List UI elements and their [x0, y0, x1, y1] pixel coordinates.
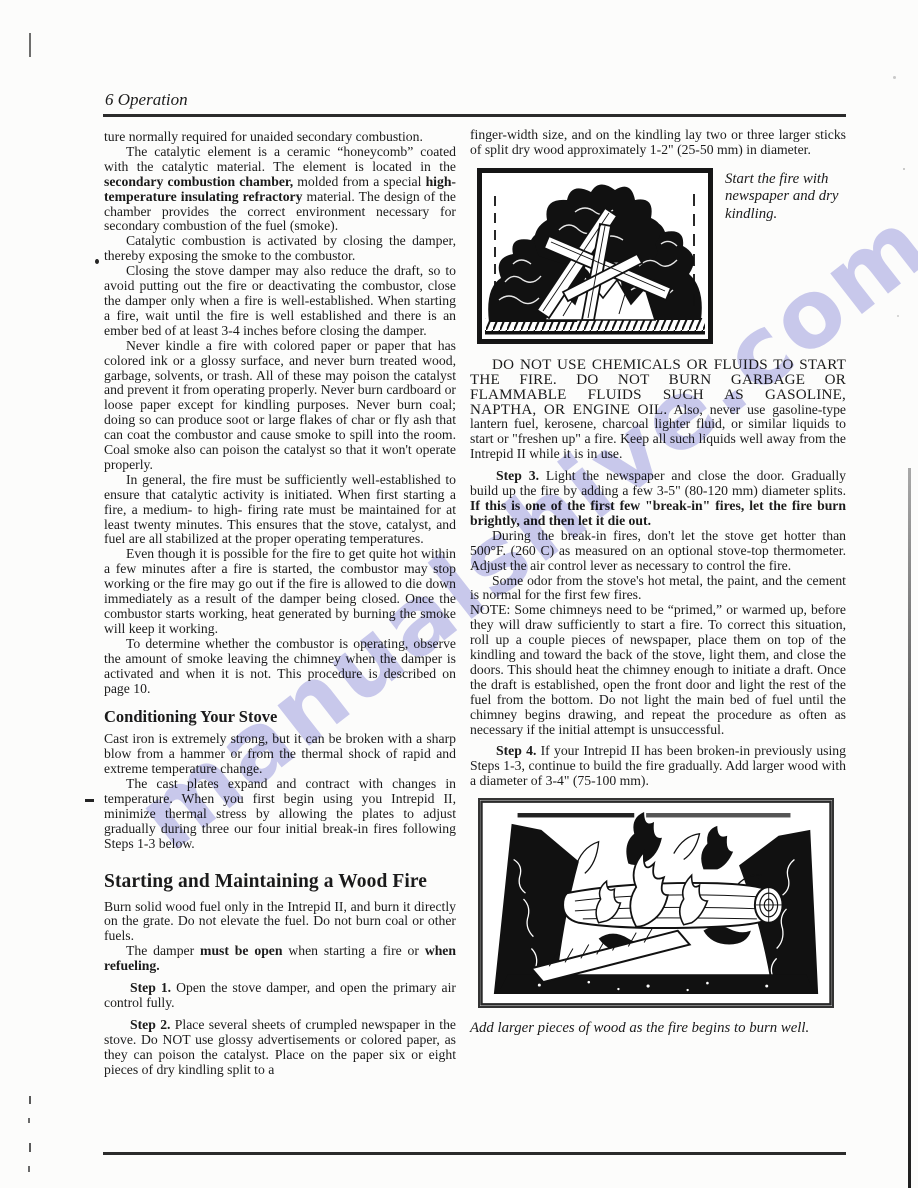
scan-artifact: [908, 468, 911, 1188]
footer-rule: [103, 1152, 846, 1155]
figure-kindling: Start the fire with newspaper and dry ki…: [477, 168, 846, 346]
paragraph: The catalytic element is a ceramic “hone…: [104, 145, 456, 234]
figure-kindling-frame: [477, 168, 713, 344]
burning-wood-illustration: [480, 800, 832, 1006]
section-heading-woodfire: Starting and Maintaining a Wood Fire: [104, 875, 456, 890]
page-header: 6 Operation: [105, 90, 188, 110]
left-column: ture normally required for unaided secon…: [104, 130, 456, 1077]
paragraph: During the break-in fires, don't let the…: [470, 529, 846, 574]
paragraph: Catalytic combustion is activated by clo…: [104, 234, 456, 264]
paragraph: Cast iron is extremely strong, but it ca…: [104, 732, 456, 777]
scan-artifact: [29, 1143, 31, 1152]
paragraph: Burn solid wood fuel only in the Intrepi…: [104, 900, 456, 945]
figure-fire-caption: Add larger pieces of wood as the fire be…: [470, 1021, 846, 1036]
scan-artifact: [85, 799, 94, 802]
note-paragraph: NOTE: Some chimneys need to be “primed,”…: [470, 603, 846, 737]
scanned-manual-page: 6 Operation ture normally required for u…: [0, 0, 918, 1188]
paragraph: finger-width size, and on the kindling l…: [470, 128, 846, 158]
scan-artifact: [893, 76, 896, 79]
paragraph: Never kindle a fire with colored paper o…: [104, 339, 456, 473]
scan-artifact: [28, 1166, 30, 1172]
paragraph: The cast plates expand and contract with…: [104, 777, 456, 852]
step-3-paragraph: Step 3. Light the newspaper and close th…: [470, 469, 846, 529]
section-heading-conditioning: Conditioning Your Stove: [104, 710, 456, 725]
paragraph: Even though it is possible for the fire …: [104, 547, 456, 636]
paragraph: In general, the fire must be sufficientl…: [104, 473, 456, 548]
paragraph: The damper must be open when starting a …: [104, 944, 456, 974]
scan-artifact: [903, 168, 905, 170]
step-4-paragraph: Step 4. If your Intrepid II has been bro…: [470, 744, 846, 789]
scan-artifact: [28, 1118, 30, 1123]
scan-artifact: [29, 33, 31, 57]
step-2-paragraph: Step 2. Place several sheets of crumpled…: [104, 1018, 456, 1078]
paragraph: To determine whether the combustor is op…: [104, 637, 456, 697]
step-1-paragraph: Step 1. Open the stove damper, and open …: [104, 981, 456, 1011]
header-rule: [103, 114, 846, 117]
figure-fire-frame: [478, 798, 834, 1008]
scan-artifact: [29, 1096, 31, 1104]
kindling-woodcut-illustration: [479, 170, 711, 342]
paragraph: Closing the stove damper may also reduce…: [104, 264, 456, 339]
right-column: finger-width size, and on the kindling l…: [470, 128, 846, 1036]
figure-kindling-caption: Start the fire with newspaper and dry ki…: [725, 171, 851, 224]
scan-artifact: [95, 259, 99, 264]
warning-paragraph: DO NOT USE CHEMICALS OR FLUIDS TO START …: [470, 358, 846, 462]
paragraph: Some odor from the stove's hot metal, th…: [470, 574, 846, 604]
paragraph: ture normally required for unaided secon…: [104, 130, 456, 145]
scan-artifact: [897, 315, 899, 317]
